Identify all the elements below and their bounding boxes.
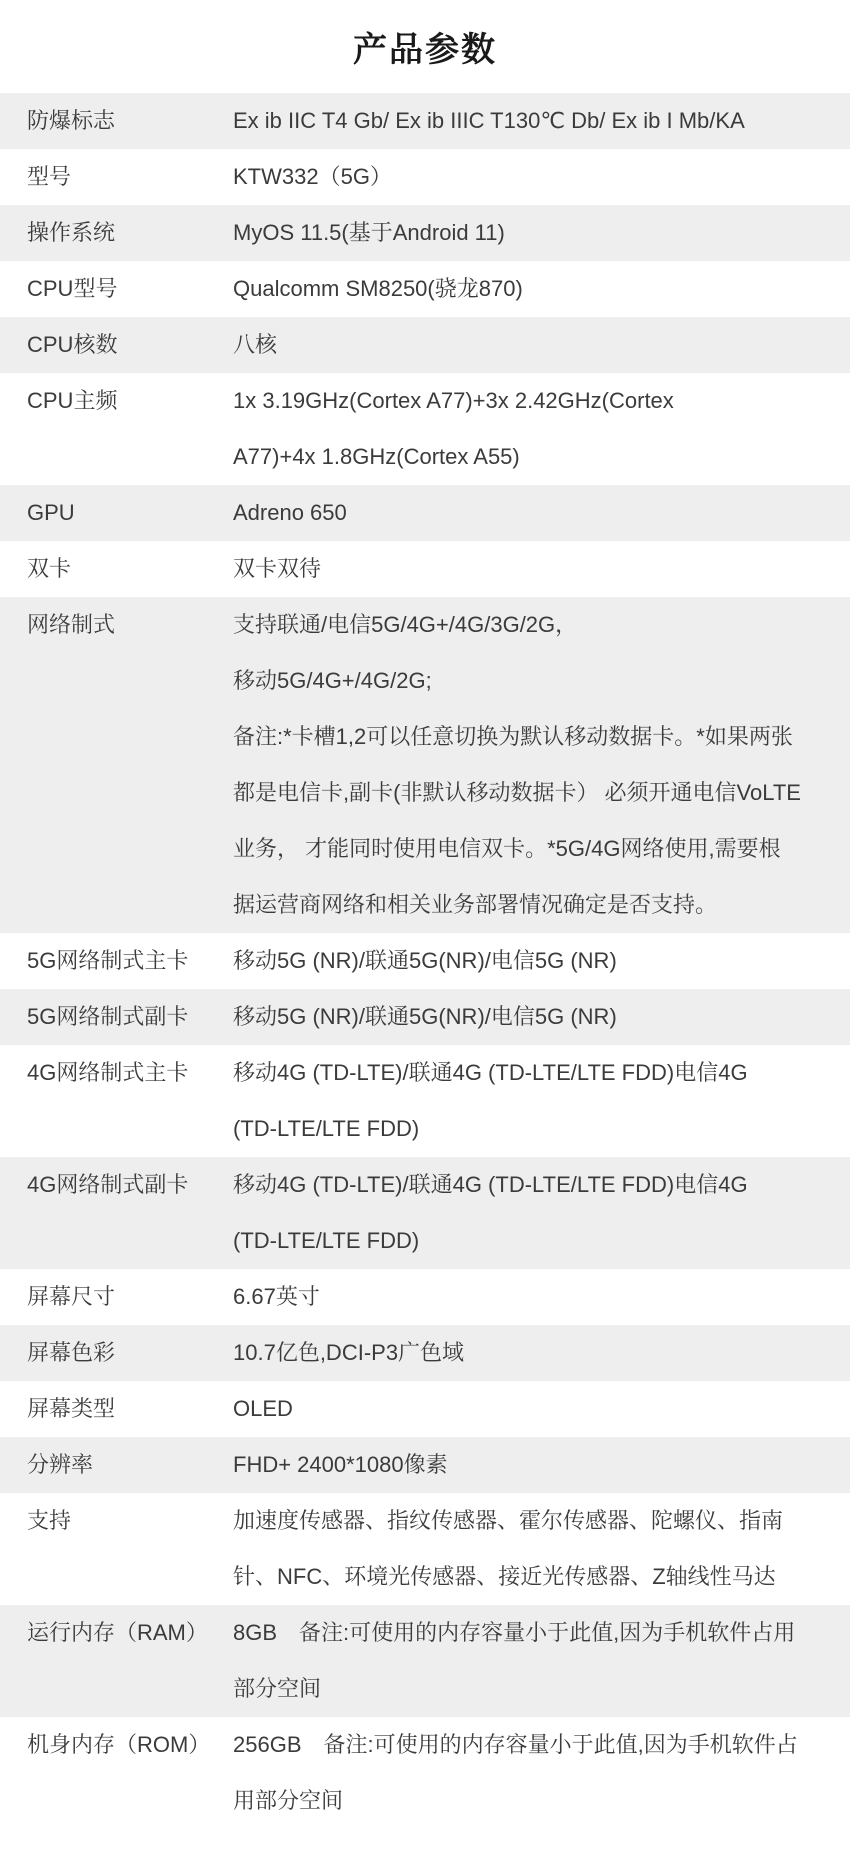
spec-label: 操作系统 [0,205,233,261]
spec-label: 4G网络制式副卡 [0,1157,233,1213]
spec-value-line: Qualcomm SM8250(骁龙870) [233,261,828,317]
spec-label: 防爆标志 [0,93,233,149]
table-row: 机身内存（ROM）256GB 备注:可使用的内存容量小于此值,因为手机软件占用部… [0,1717,850,1829]
spec-value: OLED [233,1381,850,1437]
spec-value-line: (TD-LTE/LTE FDD) [233,1213,828,1269]
product-spec-sheet: 产品参数 防爆标志Ex ib IIC T4 Gb/ Ex ib IIIC T13… [0,0,850,1852]
spec-value: 移动4G (TD-LTE)/联通4G (TD-LTE/LTE FDD)电信4G(… [233,1045,850,1157]
spec-value: 1x 3.19GHz(Cortex A77)+3x 2.42GHz(Cortex… [233,373,850,485]
spec-table: 防爆标志Ex ib IIC T4 Gb/ Ex ib IIIC T130℃ Db… [0,93,850,1829]
spec-value: FHD+ 2400*1080像素 [233,1437,850,1493]
spec-value-line: A77)+4x 1.8GHz(Cortex A55) [233,429,828,485]
spec-value-line: 10.7亿色,DCI-P3广色域 [233,1325,828,1381]
table-row: 屏幕类型OLED [0,1381,850,1437]
spec-label: 网络制式 [0,597,233,653]
spec-label: 4G网络制式主卡 [0,1045,233,1101]
spec-value: Adreno 650 [233,485,850,541]
spec-value: 256GB 备注:可使用的内存容量小于此值,因为手机软件占用部分空间 [233,1717,850,1829]
page-header: 产品参数 [0,0,850,93]
spec-value-line: MyOS 11.5(基于Android 11) [233,205,828,261]
table-row: 屏幕尺寸6.67英寸 [0,1269,850,1325]
spec-value-line: 据运营商网络和相关业务部署情况确定是否支持。 [233,877,828,933]
spec-value-line: OLED [233,1381,828,1437]
spec-value-line: KTW332（5G） [233,149,828,205]
table-row: 5G网络制式主卡移动5G (NR)/联通5G(NR)/电信5G (NR) [0,933,850,989]
spec-value: 支持联通/电信5G/4G+/4G/3G/2G，移动5G/4G+/4G/2G;备注… [233,597,850,933]
table-row: CPU主频1x 3.19GHz(Cortex A77)+3x 2.42GHz(C… [0,373,850,485]
spec-value: 八核 [233,317,850,373]
spec-value-line: 移动5G (NR)/联通5G(NR)/电信5G (NR) [233,989,828,1045]
spec-value-line: Ex ib IIC T4 Gb/ Ex ib IIIC T130℃ Db/ Ex… [233,93,828,149]
spec-label: 分辨率 [0,1437,233,1493]
table-row: CPU型号Qualcomm SM8250(骁龙870) [0,261,850,317]
spec-value-line: 256GB 备注:可使用的内存容量小于此值,因为手机软件占 [233,1717,828,1773]
spec-label: CPU型号 [0,261,233,317]
spec-value-line: FHD+ 2400*1080像素 [233,1437,828,1493]
spec-label: CPU核数 [0,317,233,373]
table-row: 4G网络制式主卡移动4G (TD-LTE)/联通4G (TD-LTE/LTE F… [0,1045,850,1157]
spec-value-line: 移动5G (NR)/联通5G(NR)/电信5G (NR) [233,933,828,989]
page-title: 产品参数 [353,22,497,71]
spec-label: 屏幕类型 [0,1381,233,1437]
table-row: 型号KTW332（5G） [0,149,850,205]
table-row: 操作系统MyOS 11.5(基于Android 11) [0,205,850,261]
table-row: 5G网络制式副卡移动5G (NR)/联通5G(NR)/电信5G (NR) [0,989,850,1045]
spec-value: KTW332（5G） [233,149,850,205]
table-row: 支持加速度传感器、指纹传感器、霍尔传感器、陀螺仪、指南针、NFC、环境光传感器、… [0,1493,850,1605]
spec-value: 8GB 备注:可使用的内存容量小于此值,因为手机软件占用部分空间 [233,1605,850,1717]
table-row: 运行内存（RAM）8GB 备注:可使用的内存容量小于此值,因为手机软件占用部分空… [0,1605,850,1717]
spec-label: 机身内存（ROM） [0,1717,233,1773]
spec-value: 移动5G (NR)/联通5G(NR)/电信5G (NR) [233,933,850,989]
spec-value-line: 用部分空间 [233,1773,828,1829]
spec-value: 移动5G (NR)/联通5G(NR)/电信5G (NR) [233,989,850,1045]
spec-value-line: 都是电信卡,副卡(非默认移动数据卡） 必须开通电信VoLTE [233,765,828,821]
spec-value-line: 移动4G (TD-LTE)/联通4G (TD-LTE/LTE FDD)电信4G [233,1157,828,1213]
table-row: GPUAdreno 650 [0,485,850,541]
table-row: 双卡双卡双待 [0,541,850,597]
spec-value: 双卡双待 [233,541,850,597]
spec-value: Qualcomm SM8250(骁龙870) [233,261,850,317]
spec-label: CPU主频 [0,373,233,429]
spec-value-line: 双卡双待 [233,541,828,597]
table-row: CPU核数八核 [0,317,850,373]
table-row: 屏幕色彩10.7亿色,DCI-P3广色域 [0,1325,850,1381]
table-row: 4G网络制式副卡移动4G (TD-LTE)/联通4G (TD-LTE/LTE F… [0,1157,850,1269]
spec-label: 5G网络制式主卡 [0,933,233,989]
spec-value-line: Adreno 650 [233,485,828,541]
spec-label: 5G网络制式副卡 [0,989,233,1045]
spec-value-line: 移动4G (TD-LTE)/联通4G (TD-LTE/LTE FDD)电信4G [233,1045,828,1101]
spec-label: GPU [0,485,233,541]
spec-label: 运行内存（RAM） [0,1605,233,1661]
spec-label: 型号 [0,149,233,205]
spec-value: MyOS 11.5(基于Android 11) [233,205,850,261]
spec-value-line: 1x 3.19GHz(Cortex A77)+3x 2.42GHz(Cortex [233,373,828,429]
table-row: 分辨率FHD+ 2400*1080像素 [0,1437,850,1493]
spec-value-line: 业务， 才能同时使用电信双卡。*5G/4G网络使用,需要根 [233,821,828,877]
spec-label: 屏幕色彩 [0,1325,233,1381]
spec-value-line: 移动5G/4G+/4G/2G; [233,653,828,709]
spec-value-line: 8GB 备注:可使用的内存容量小于此值,因为手机软件占用 [233,1605,828,1661]
spec-value-line: 八核 [233,317,828,373]
spec-label: 屏幕尺寸 [0,1269,233,1325]
spec-value-line: 支持联通/电信5G/4G+/4G/3G/2G， [233,597,828,653]
table-row: 防爆标志Ex ib IIC T4 Gb/ Ex ib IIIC T130℃ Db… [0,93,850,149]
spec-value-line: 针、NFC、环境光传感器、接近光传感器、Z轴线性马达 [233,1549,828,1605]
spec-value: Ex ib IIC T4 Gb/ Ex ib IIIC T130℃ Db/ Ex… [233,93,850,149]
spec-value-line: 部分空间 [233,1661,828,1717]
spec-label: 支持 [0,1493,233,1549]
spec-label: 双卡 [0,541,233,597]
spec-value: 10.7亿色,DCI-P3广色域 [233,1325,850,1381]
spec-value-line: 备注:*卡槽1,2可以任意切换为默认移动数据卡。*如果两张 [233,709,828,765]
spec-value: 移动4G (TD-LTE)/联通4G (TD-LTE/LTE FDD)电信4G(… [233,1157,850,1269]
table-row: 网络制式支持联通/电信5G/4G+/4G/3G/2G，移动5G/4G+/4G/2… [0,597,850,933]
spec-value-line: 加速度传感器、指纹传感器、霍尔传感器、陀螺仪、指南 [233,1493,828,1549]
spec-value-line: 6.67英寸 [233,1269,828,1325]
spec-value-line: (TD-LTE/LTE FDD) [233,1101,828,1157]
spec-value: 6.67英寸 [233,1269,850,1325]
spec-value: 加速度传感器、指纹传感器、霍尔传感器、陀螺仪、指南针、NFC、环境光传感器、接近… [233,1493,850,1605]
